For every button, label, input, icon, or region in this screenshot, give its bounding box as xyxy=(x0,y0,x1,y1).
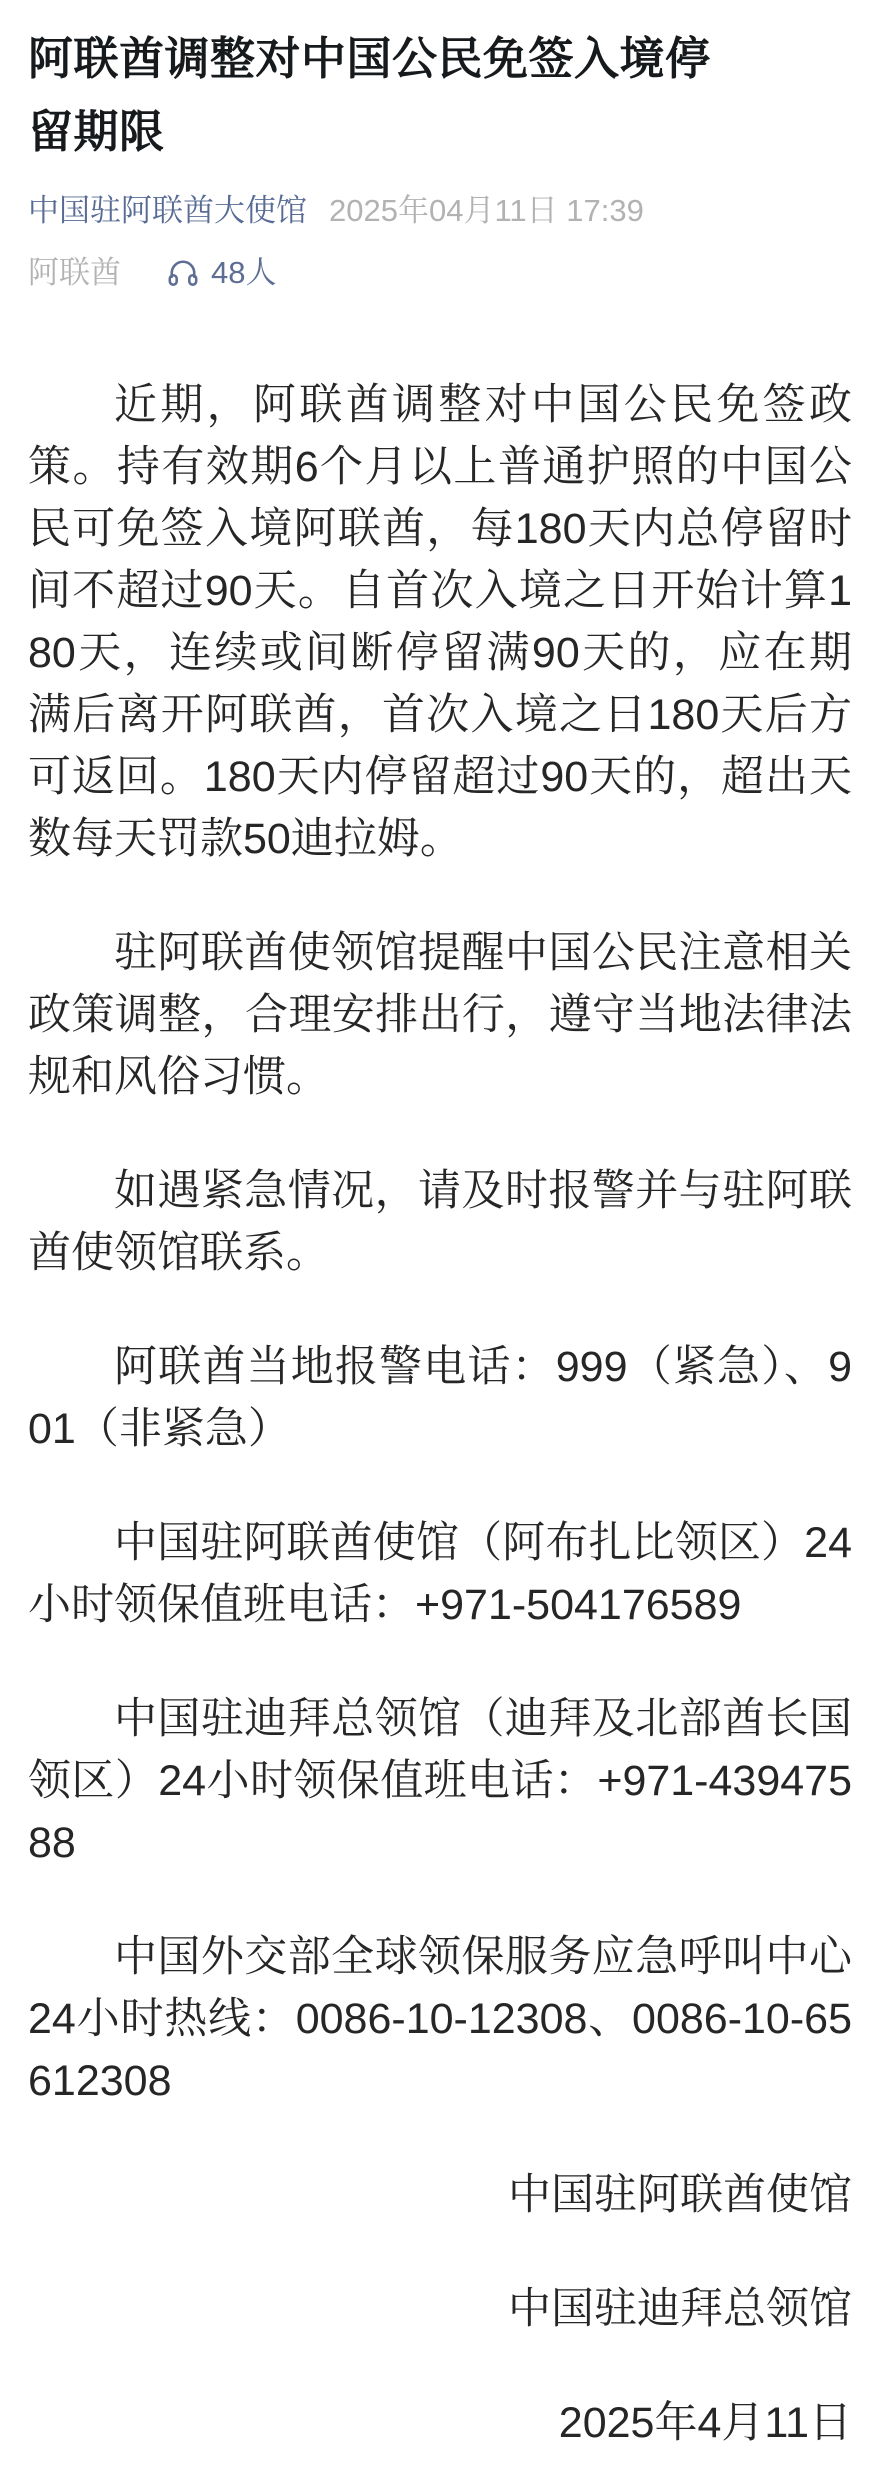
location-tag: 阿联酋 xyxy=(28,254,121,292)
article-meta: 中国驻阿联酋大使馆 2025年04月11日 17:39 xyxy=(28,192,852,230)
article-tag-row: 阿联酋 48人 xyxy=(28,254,852,292)
audio-listen-button[interactable]: 48人 xyxy=(165,254,276,292)
body-paragraph: 中国驻迪拜总领馆（迪拜及北部酋长国领区）24小时领保值班电话：+971-4394… xyxy=(28,1688,852,1874)
account-name-link[interactable]: 中国驻阿联酋大使馆 xyxy=(28,192,307,230)
body-paragraph: 驻阿联酋使领馆提醒中国公民注意相关政策调整，合理安排出行，遵守当地法律法规和风俗… xyxy=(28,922,852,1108)
article-page: 阿联酋调整对中国公民免签入境停留期限 中国驻阿联酋大使馆 2025年04月11日… xyxy=(0,0,880,2476)
body-paragraph: 中国驻阿联酋使馆（阿布扎比领区）24小时领保值班电话：+971-50417658… xyxy=(28,1512,852,1636)
publish-date: 2025年04月11日 17:39 xyxy=(329,192,644,230)
signature-date: 2025年4月11日 xyxy=(28,2392,852,2454)
signature-consulate: 中国驻迪拜总领馆 xyxy=(28,2278,852,2340)
listen-count: 48人 xyxy=(211,254,276,292)
body-paragraph: 近期，阿联酋调整对中国公民免签政策。持有效期6个月以上普通护照的中国公民可免签入… xyxy=(28,374,852,870)
body-paragraph: 阿联酋当地报警电话：999（紧急）、901（非紧急） xyxy=(28,1336,852,1460)
body-paragraph: 如遇紧急情况，请及时报警并与驻阿联酋使领馆联系。 xyxy=(28,1160,852,1284)
body-paragraph: 中国外交部全球领保服务应急呼叫中心24小时热线：0086-10-12308、00… xyxy=(28,1926,852,2112)
headphones-icon xyxy=(165,255,201,291)
page-title: 阿联酋调整对中国公民免签入境停留期限 xyxy=(28,22,733,168)
article-body: 近期，阿联酋调整对中国公民免签政策。持有效期6个月以上普通护照的中国公民可免签入… xyxy=(28,374,852,2454)
signature-embassy: 中国驻阿联酋使馆 xyxy=(28,2164,852,2226)
